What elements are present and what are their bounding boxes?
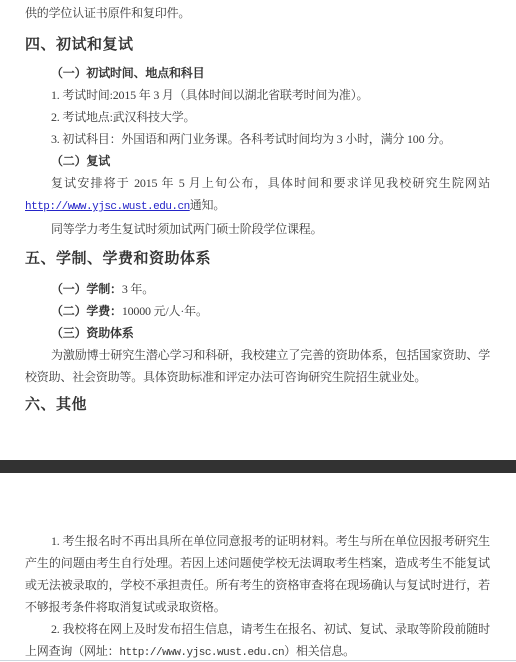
notice-item-2-text-after: ）相关信息。 [284, 644, 355, 658]
website-hyperlink[interactable]: http://www.yjsc.wust.edu.cn [25, 201, 190, 213]
partial-paragraph-line: 供的学位认证书原件和复印件。 [25, 2, 490, 24]
exam-place-item: 2. 考试地点:武汉科技大学。 [25, 106, 490, 128]
tuition-fee-value: 10000 元/人·年。 [122, 304, 208, 318]
subheading-initial-exam: （一）初试时间、地点和科目 [25, 62, 490, 84]
exam-subjects-item: 3. 初试科目：外国语和两门业务课。各科考试时间均为 3 小时，满分 100 分… [25, 128, 490, 150]
bottom-edge-line [0, 660, 516, 661]
section-heading-other: 六、其他 [25, 394, 490, 416]
subheading-retest: （二）复试 [25, 150, 490, 172]
section-heading-exam: 四、初试和复试 [25, 34, 490, 56]
study-duration-label: （一）学制： [51, 282, 122, 296]
equivalent-qualification-note: 同等学力考生复试时须加试两门硕士阶段学位课程。 [25, 218, 490, 240]
tuition-fee-label: （二）学费： [51, 304, 122, 318]
study-duration-value: 3 年。 [122, 282, 154, 296]
study-duration-item: （一）学制：3 年。 [25, 278, 490, 300]
retest-schedule-paragraph: 复试安排将于 2015 年 5 月上旬公布，具体时间和要求详见我校研究生院网站h… [25, 172, 490, 218]
next-page-content: 1. 考生报名时不再出具所在单位同意报考的证明材料。考生与所在单位因报考研究生产… [0, 473, 516, 662]
page-divider-bar [0, 460, 516, 473]
notice-item-2: 2. 我校将在网上及时发布招生信息，请考生在报名、初试、复试、录取等阶段前随时上… [25, 618, 490, 662]
retest-schedule-text-after: 通知。 [190, 198, 225, 212]
tuition-fee-item: （二）学费：10000 元/人·年。 [25, 300, 490, 322]
subheading-funding-system: （三）资助体系 [25, 322, 490, 344]
section-heading-tuition: 五、学制、学费和资助体系 [25, 248, 490, 270]
exam-time-item: 1. 考试时间:2015 年 3 月（具体时间以湖北省联考时间为准）。 [25, 84, 490, 106]
funding-paragraph: 为激励博士研究生潜心学习和科研，我校建立了完善的资助体系，包括国家资助、学校资助… [25, 344, 490, 388]
document-content: 供的学位认证书原件和复印件。 四、初试和复试 （一）初试时间、地点和科目 1. … [0, 2, 516, 416]
retest-schedule-text: 复试安排将于 2015 年 5 月上旬公布，具体时间和要求详见我校研究生院网站 [51, 176, 490, 190]
notice-item-1: 1. 考生报名时不再出具所在单位同意报考的证明材料。考生与所在单位因报考研究生产… [25, 530, 490, 618]
document-page: 供的学位认证书原件和复印件。 四、初试和复试 （一）初试时间、地点和科目 1. … [0, 0, 516, 662]
notice-item-2-url: http://www.yjsc.wust.edu.cn [119, 647, 284, 659]
